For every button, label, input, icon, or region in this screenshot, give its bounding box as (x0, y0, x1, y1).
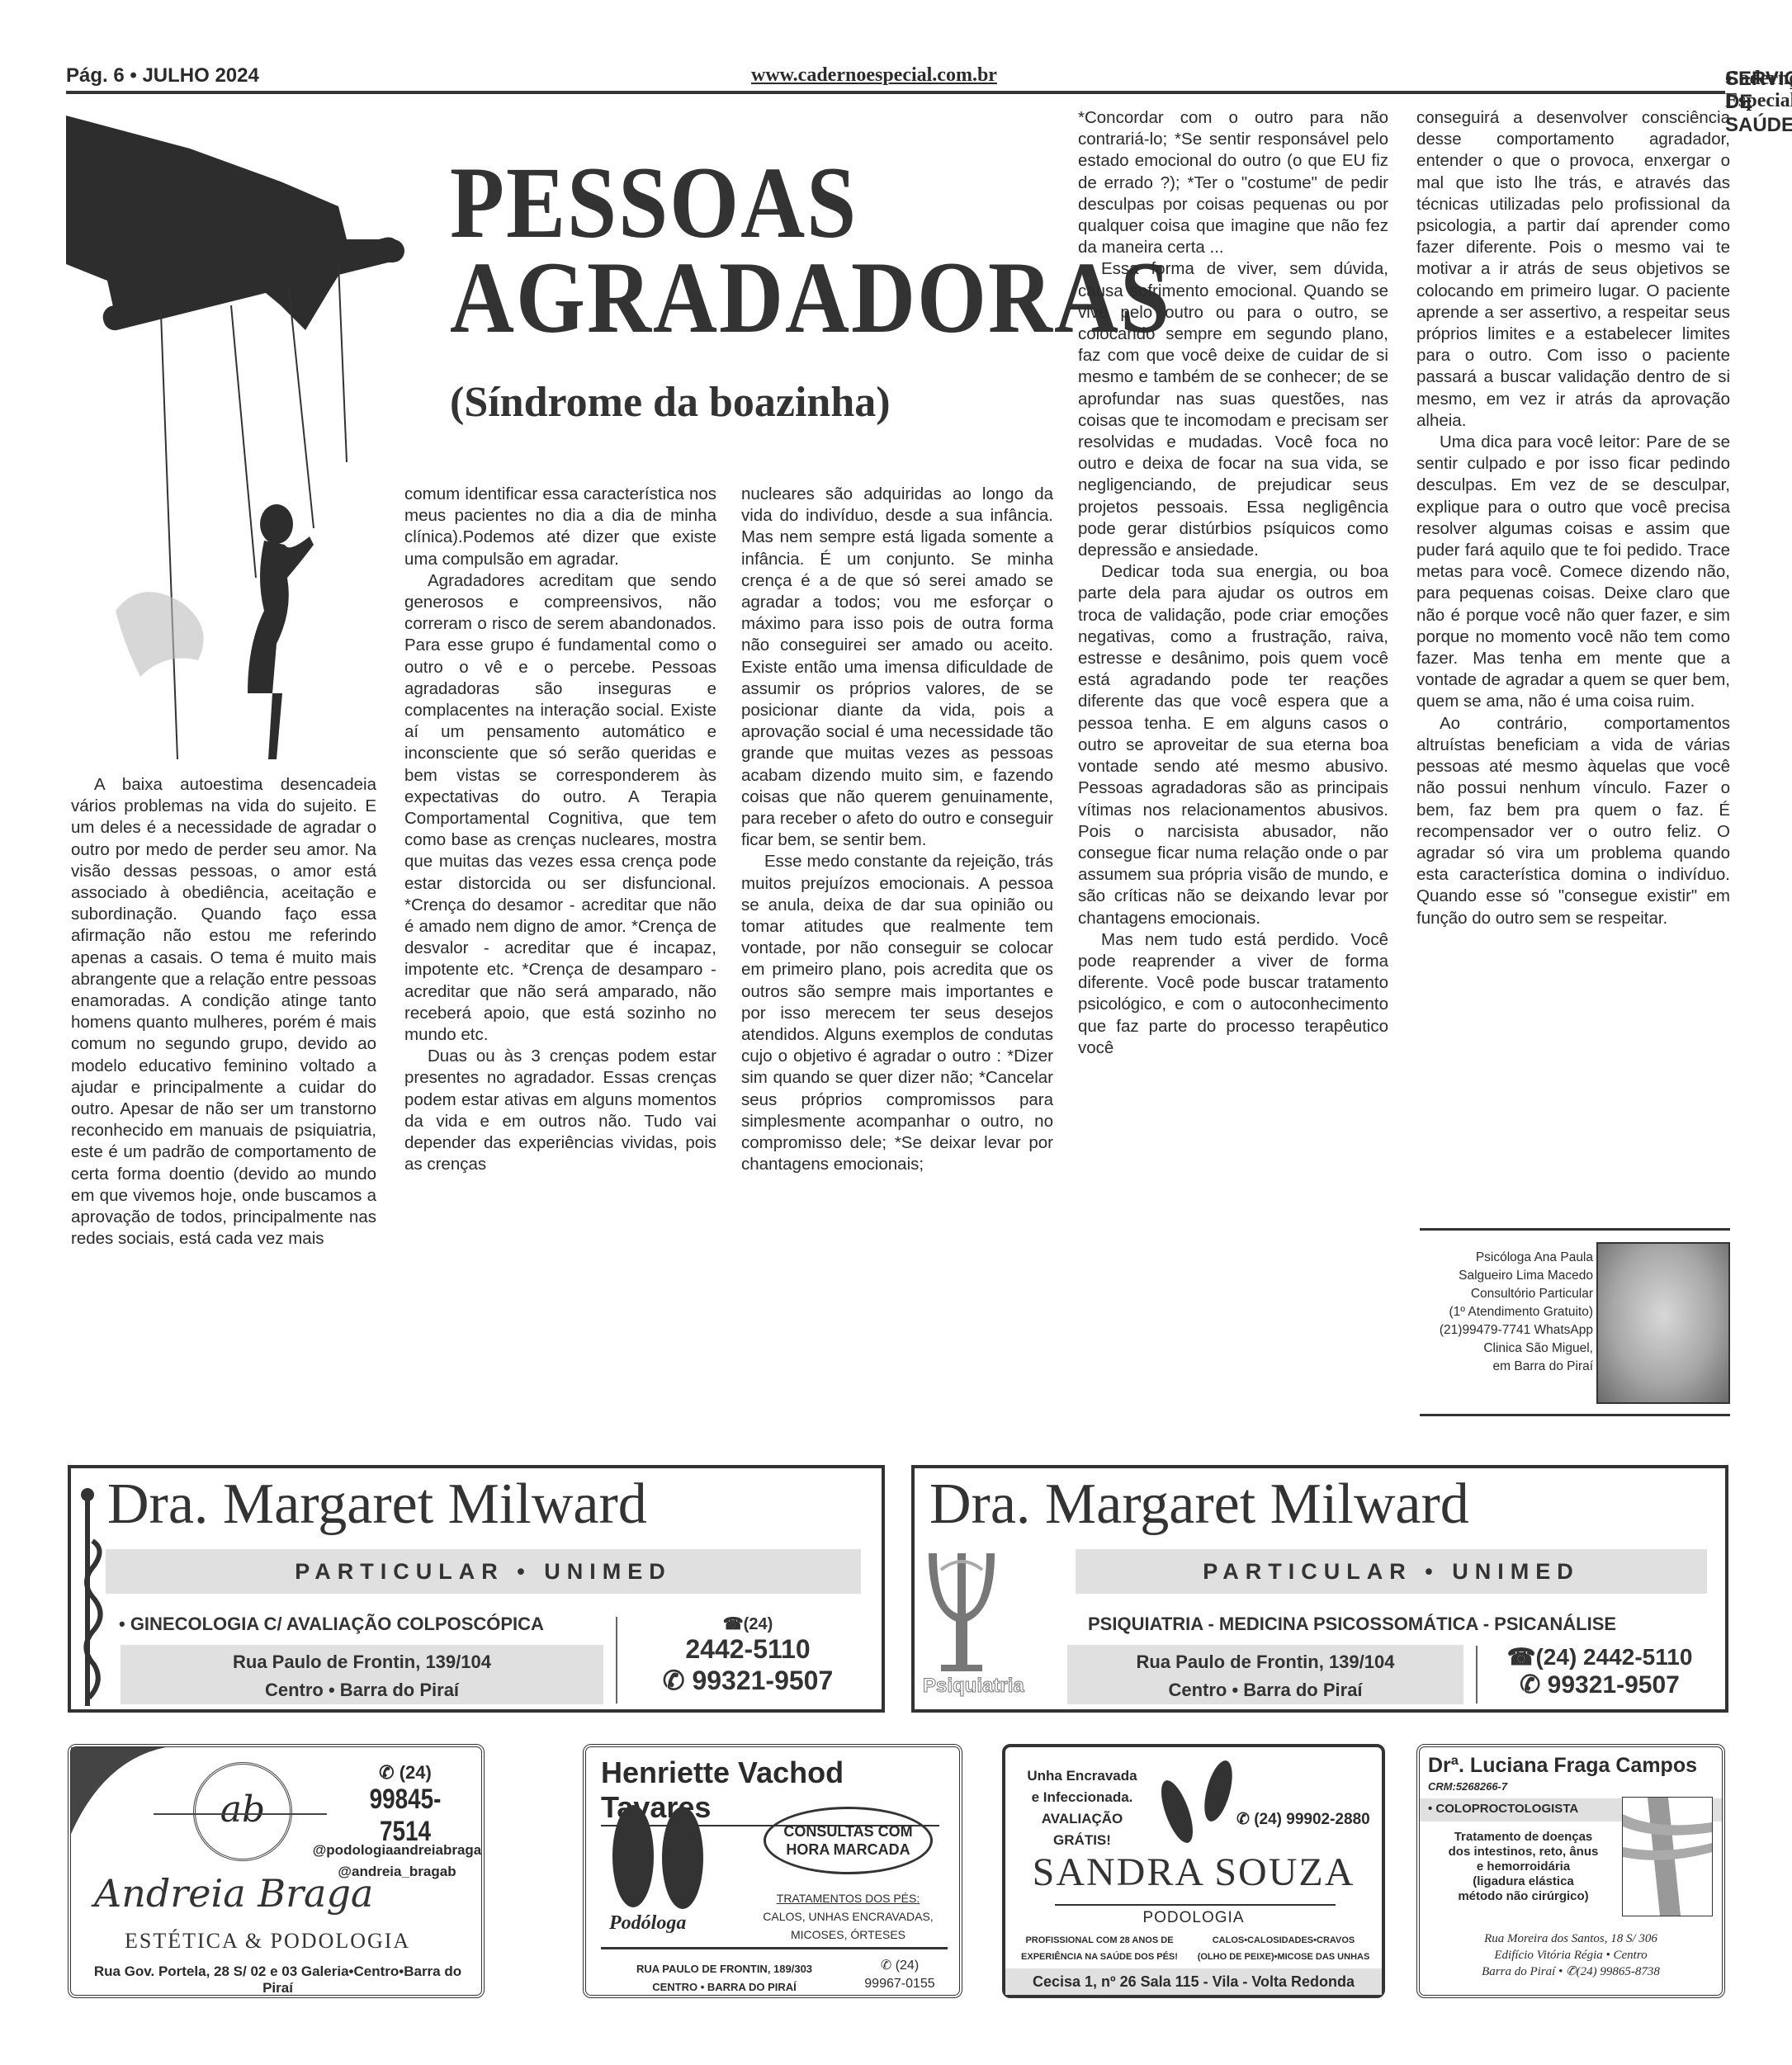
ad-address: Rua Paulo de Frontin, 139/104 Centro • B… (1067, 1645, 1463, 1704)
article-column-5: conseguirá a desenvolver consciência des… (1416, 107, 1730, 929)
paragraph: conseguirá a desenvolver consciência des… (1416, 107, 1730, 432)
paragraph: Essa forma de viver, sem dúvida, causa s… (1078, 258, 1388, 561)
divider (601, 1947, 948, 1949)
ad-crm: CRM:5268266-7 (1428, 1780, 1507, 1793)
paragraph: A baixa autoestima desencadeia vários pr… (71, 774, 376, 1250)
article-column-2: comum identificar essa característica no… (404, 484, 716, 1176)
whatsapp-icon: ✆ (663, 1666, 685, 1695)
whatsapp-icon: ✆ (1566, 1965, 1577, 1978)
paragraph: Agradadores acreditam que sendo generoso… (404, 570, 716, 1046)
phone-icon: ☎ (1507, 1644, 1536, 1670)
ad-name: Drª. Luciana Fraga Campos (1428, 1754, 1697, 1778)
corner-swoosh-decoration (71, 1747, 170, 1838)
ad-andreia-braga[interactable]: ab ✆ (24) 99845-7514 @podologiaandreiabr… (68, 1744, 485, 1998)
ad-tagline: ESTÉTICA & PODOLOGIA (125, 1929, 410, 1954)
ad-milward-psychiatry[interactable]: Dra. Margaret Milward Psiquiatria PARTIC… (911, 1465, 1728, 1713)
ad-badge: CONSULTAS COM HORA MARCADA (764, 1807, 933, 1874)
ad-script-name: Andreia Braga (94, 1871, 373, 1916)
ad-specialty: • COLOPROCTOLOGISTA (1428, 1802, 1578, 1816)
paragraph: Uma dica para você leitor: Pare de se se… (1416, 432, 1730, 713)
article-title-line2: AGRADADORAS (450, 243, 1061, 352)
ad-address: Cecisa 1, nº 26 Sala 115 - Vila - Volta … (1005, 1968, 1382, 1995)
paragraph: comum identificar essa característica no… (404, 484, 716, 570)
divider (1055, 1904, 1336, 1906)
whatsapp-icon: ✆ (1236, 1811, 1250, 1828)
paragraph: *Concordar com o outro para não contrari… (1078, 107, 1388, 258)
website-link[interactable]: www.cadernoespecial.com.br (751, 64, 997, 87)
ad-treatments: TRATAMENTOS DOS PÉS: CALOS, UNHAS ENCRAV… (755, 1889, 941, 1944)
ad-logo-label: Podóloga (609, 1912, 686, 1935)
footprints-icon (604, 1798, 712, 1922)
article-title-block: PESSOAS AGRADADORAS (Síndrome da boazinh… (450, 149, 1061, 427)
page-number-date: Pág. 6 • JULHO 2024 (66, 64, 259, 87)
ad-logo-label: Psiquiatria (923, 1675, 1024, 1698)
ad-doctor-name: Dra. Margaret Milward (929, 1472, 1469, 1538)
ad-address: RUA PAULO DE FRONTIN, 189/303 CENTRO • B… (594, 1960, 854, 1996)
author-box: Psicóloga Ana Paula Salgueiro Lima Maced… (1420, 1228, 1730, 1416)
logo-emblem-icon (1622, 1797, 1713, 1916)
ad-services: CALOS•CALOSIDADES•CRAVOS (OLHO DE PEIXE)… (1189, 1932, 1378, 1965)
ad-specialty: PSIQUIATRIA - MEDICINA PSICOSSOMÁTICA - … (1088, 1614, 1616, 1635)
ad-milward-gynecology[interactable]: Dra. Margaret Milward PARTICULAR • UNIME… (68, 1465, 885, 1713)
article-column-1: A baixa autoestima desencadeia vários pr… (71, 774, 376, 1250)
article-subtitle: (Síndrome da boazinha) (450, 378, 1061, 427)
divider (616, 1617, 617, 1704)
ad-doctor-name: Dra. Margaret Milward (107, 1472, 647, 1538)
footprints-icon (1152, 1754, 1243, 1853)
ad-band: PARTICULAR • UNIMED (1076, 1549, 1707, 1594)
phone-icon: ☎ (723, 1615, 744, 1633)
ad-contact: ✆ (24) 99845-7514 (335, 1762, 475, 1848)
page-header: Pág. 6 • JULHO 2024 www.cadernoespecial.… (66, 61, 1725, 94)
author-info: Psicóloga Ana Paula Salgueiro Lima Maced… (1440, 1249, 1593, 1376)
ad-address: Rua Gov. Portela, 28 S/ 02 e 03 Galeria•… (78, 1963, 478, 1996)
psi-caduceus-icon (924, 1549, 999, 1673)
puppet-hand-marionette-icon (66, 116, 404, 759)
ad-specialty: • GINECOLOGIA C/ AVALIAÇÃO COLPOSCÓPICA (119, 1614, 544, 1635)
ad-sub: PODOLOGIA (1005, 1909, 1382, 1927)
monogram-logo: ab (193, 1762, 292, 1861)
whatsapp-icon: ✆ (1520, 1671, 1540, 1699)
paragraph: Dedicar toda sua energia, ou boa parte d… (1078, 561, 1388, 929)
ad-luciana-campos[interactable]: Drª. Luciana Fraga Campos CRM:5268266-7 … (1416, 1744, 1725, 1998)
author-photo-icon (1596, 1242, 1730, 1404)
ad-phone: ✆ (24) 99967-0155 (854, 1957, 945, 1993)
paragraph: Mas nem tudo está perdido. Você pode rea… (1078, 929, 1388, 1059)
ad-description: Tratamento de doenças dos intestinos, re… (1426, 1830, 1620, 1904)
ad-phones: ☎(24) 2442-5110 ✆ 99321-9507 (628, 1614, 868, 1696)
monogram-line (154, 1813, 327, 1815)
ad-experience: PROFISSIONAL COM 28 ANOS DE EXPERIÊNCIA … (1017, 1932, 1182, 1965)
paragraph: Ao contrário, comportamentos altruístas … (1416, 713, 1730, 929)
ad-henriette-tavares[interactable]: Henriette Vachod Tavares Podóloga CONSUL… (583, 1744, 962, 1998)
paragraph: Esse medo constante da rejeição, trás mu… (741, 851, 1053, 1175)
article-column-4: *Concordar com o outro para não contrari… (1078, 107, 1388, 1059)
paragraph: nucleares são adquiridas ao longo da vid… (741, 484, 1053, 851)
ad-whatsapp: ✆ (24) 99902-2880 (1236, 1810, 1370, 1829)
ad-name: SANDRA SOUZA (1005, 1850, 1382, 1895)
ad-promo: Unha Encravada e Infeccionada. AVALIAÇÃO… (1020, 1765, 1144, 1851)
divider (1476, 1646, 1478, 1704)
whatsapp-icon: ✆ (881, 1959, 891, 1973)
ad-phones: ☎(24) 2442-5110 ✆ 99321-9507 (1488, 1643, 1711, 1699)
ad-sandra-souza[interactable]: Unha Encravada e Infeccionada. AVALIAÇÃO… (1002, 1744, 1385, 1998)
ad-band: PARTICULAR • UNIMED (106, 1549, 861, 1594)
rod-of-asclepius-icon (76, 1483, 109, 1706)
paragraph: Duas ou às 3 crenças podem estar present… (404, 1046, 716, 1175)
article-column-3: nucleares são adquiridas ao longo da vid… (741, 484, 1053, 1176)
ad-address: Rua Paulo de Frontin, 139/104 Centro • B… (121, 1645, 603, 1704)
whatsapp-icon: ✆ (379, 1762, 394, 1783)
ad-address: Rua Moreira dos Santos, 18 S/ 306 Edifíc… (1426, 1930, 1715, 1980)
